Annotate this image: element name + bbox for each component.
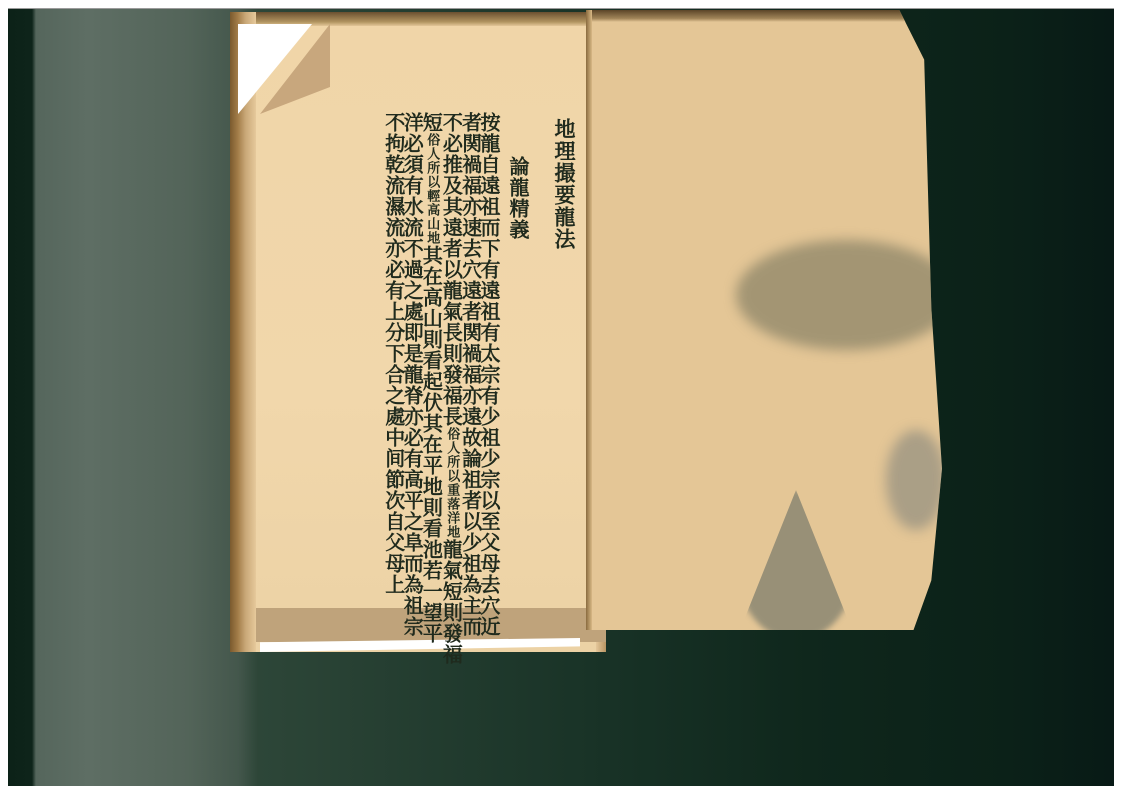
text-column-2: 者関禍福亦速去穴遠者関禍福亦遠故論祖者以少祖為主而	[463, 112, 477, 665]
annotation-2: 俗人所以輕高山地	[423, 133, 439, 245]
water-stain	[736, 240, 956, 350]
right-page-top-edge	[586, 10, 942, 22]
text-column-3: 不必推及其遠者以龍氣長則發福長 俗人所以重落洋地 龍氣短則發福	[443, 112, 459, 665]
text-column-5: 洋必須有水流不過之處即是龍脊亦必有高平之阜而為祖宗	[405, 112, 419, 665]
left-page: 地理撮要龍法 論龍精義 按龍自遠祖而下有遠祖有太宗有少祖少宗以至父母去穴近 者関…	[230, 12, 606, 652]
text-column-1: 按龍自遠祖而下有遠祖有太宗有少祖少宗以至父母去穴近	[482, 112, 496, 665]
text-column-3a: 不必推及其遠者以龍氣長則發福長	[444, 112, 458, 427]
section-heading: 論龍精義	[500, 112, 536, 665]
text-column-3b: 龍氣短則發福	[444, 539, 458, 665]
water-stain	[736, 490, 856, 640]
text-column-4a: 短	[424, 112, 438, 133]
book-spine	[586, 10, 592, 630]
scan-border	[8, 8, 1114, 9]
scanned-book-spread: 地理撮要龍法 論龍精義 按龍自遠祖而下有遠祖有太宗有少祖少宗以至父母去穴近 者関…	[8, 8, 1114, 786]
text-column-4b: 其在高山則看起伏其在平地則看池若一望平	[424, 245, 438, 644]
text-column-6: 不拘乾流濕流亦必有上分下合之處中间節次自父母上	[386, 112, 400, 665]
right-page-blank	[586, 10, 942, 630]
manuscript-text: 地理撮要龍法 論龍精義 按龍自遠祖而下有遠祖有太宗有少祖少宗以至父母去穴近 者関…	[386, 112, 582, 665]
water-stain	[886, 430, 946, 530]
text-column-4: 短 俗人所以輕高山地 其在高山則看起伏其在平地則看池若一望平	[423, 112, 439, 665]
annotation-1a: 俗人所以重落洋地	[443, 427, 459, 539]
document-title: 地理撮要龍法	[546, 118, 582, 665]
